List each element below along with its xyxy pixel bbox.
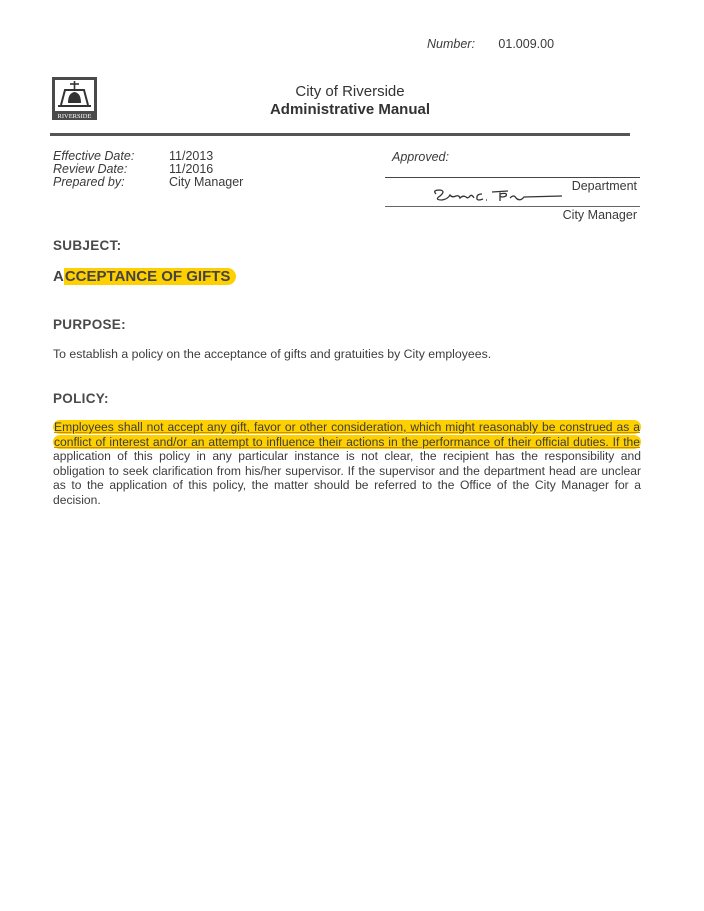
approved-label: Approved: — [392, 150, 449, 164]
city-manager-signature-line — [385, 206, 640, 207]
header-divider — [50, 133, 630, 136]
subject-highlighted: CCEPTANCE OF GIFTS — [64, 268, 237, 285]
city-manager-label: City Manager — [500, 208, 637, 222]
policy-rest-text: application of this policy in any partic… — [53, 449, 641, 507]
purpose-heading: PURPOSE: — [53, 317, 126, 332]
city-name: City of Riverside — [200, 83, 500, 100]
subject-first-letter: A — [53, 268, 64, 285]
city-logo: RIVERSIDE — [52, 77, 97, 120]
prepared-by-value: City Manager — [169, 176, 243, 189]
subject-title: ACCEPTANCE OF GIFTS — [53, 268, 236, 285]
department-signature-line — [385, 177, 640, 178]
svg-text:RIVERSIDE: RIVERSIDE — [58, 113, 92, 120]
policy-heading: POLICY: — [53, 391, 109, 406]
document-number: Number: 01.009.00 — [427, 37, 554, 51]
policy-highlighted-text: Employees shall not accept any gift, fav… — [53, 420, 641, 449]
prepared-by-row: Prepared by: City Manager — [53, 176, 243, 189]
bell-tower-icon: RIVERSIDE — [52, 77, 97, 120]
manual-title: Administrative Manual — [200, 101, 500, 118]
number-label: Number: — [427, 37, 475, 51]
number-value: 01.009.00 — [498, 37, 554, 51]
subject-heading: SUBJECT: — [53, 238, 121, 253]
document-meta: Effective Date: 11/2013 Review Date: 11/… — [53, 150, 243, 189]
purpose-text: To establish a policy on the acceptance … — [53, 347, 491, 361]
policy-text: Employees shall not accept any gift, fav… — [53, 420, 641, 508]
prepared-by-label: Prepared by: — [53, 176, 169, 189]
